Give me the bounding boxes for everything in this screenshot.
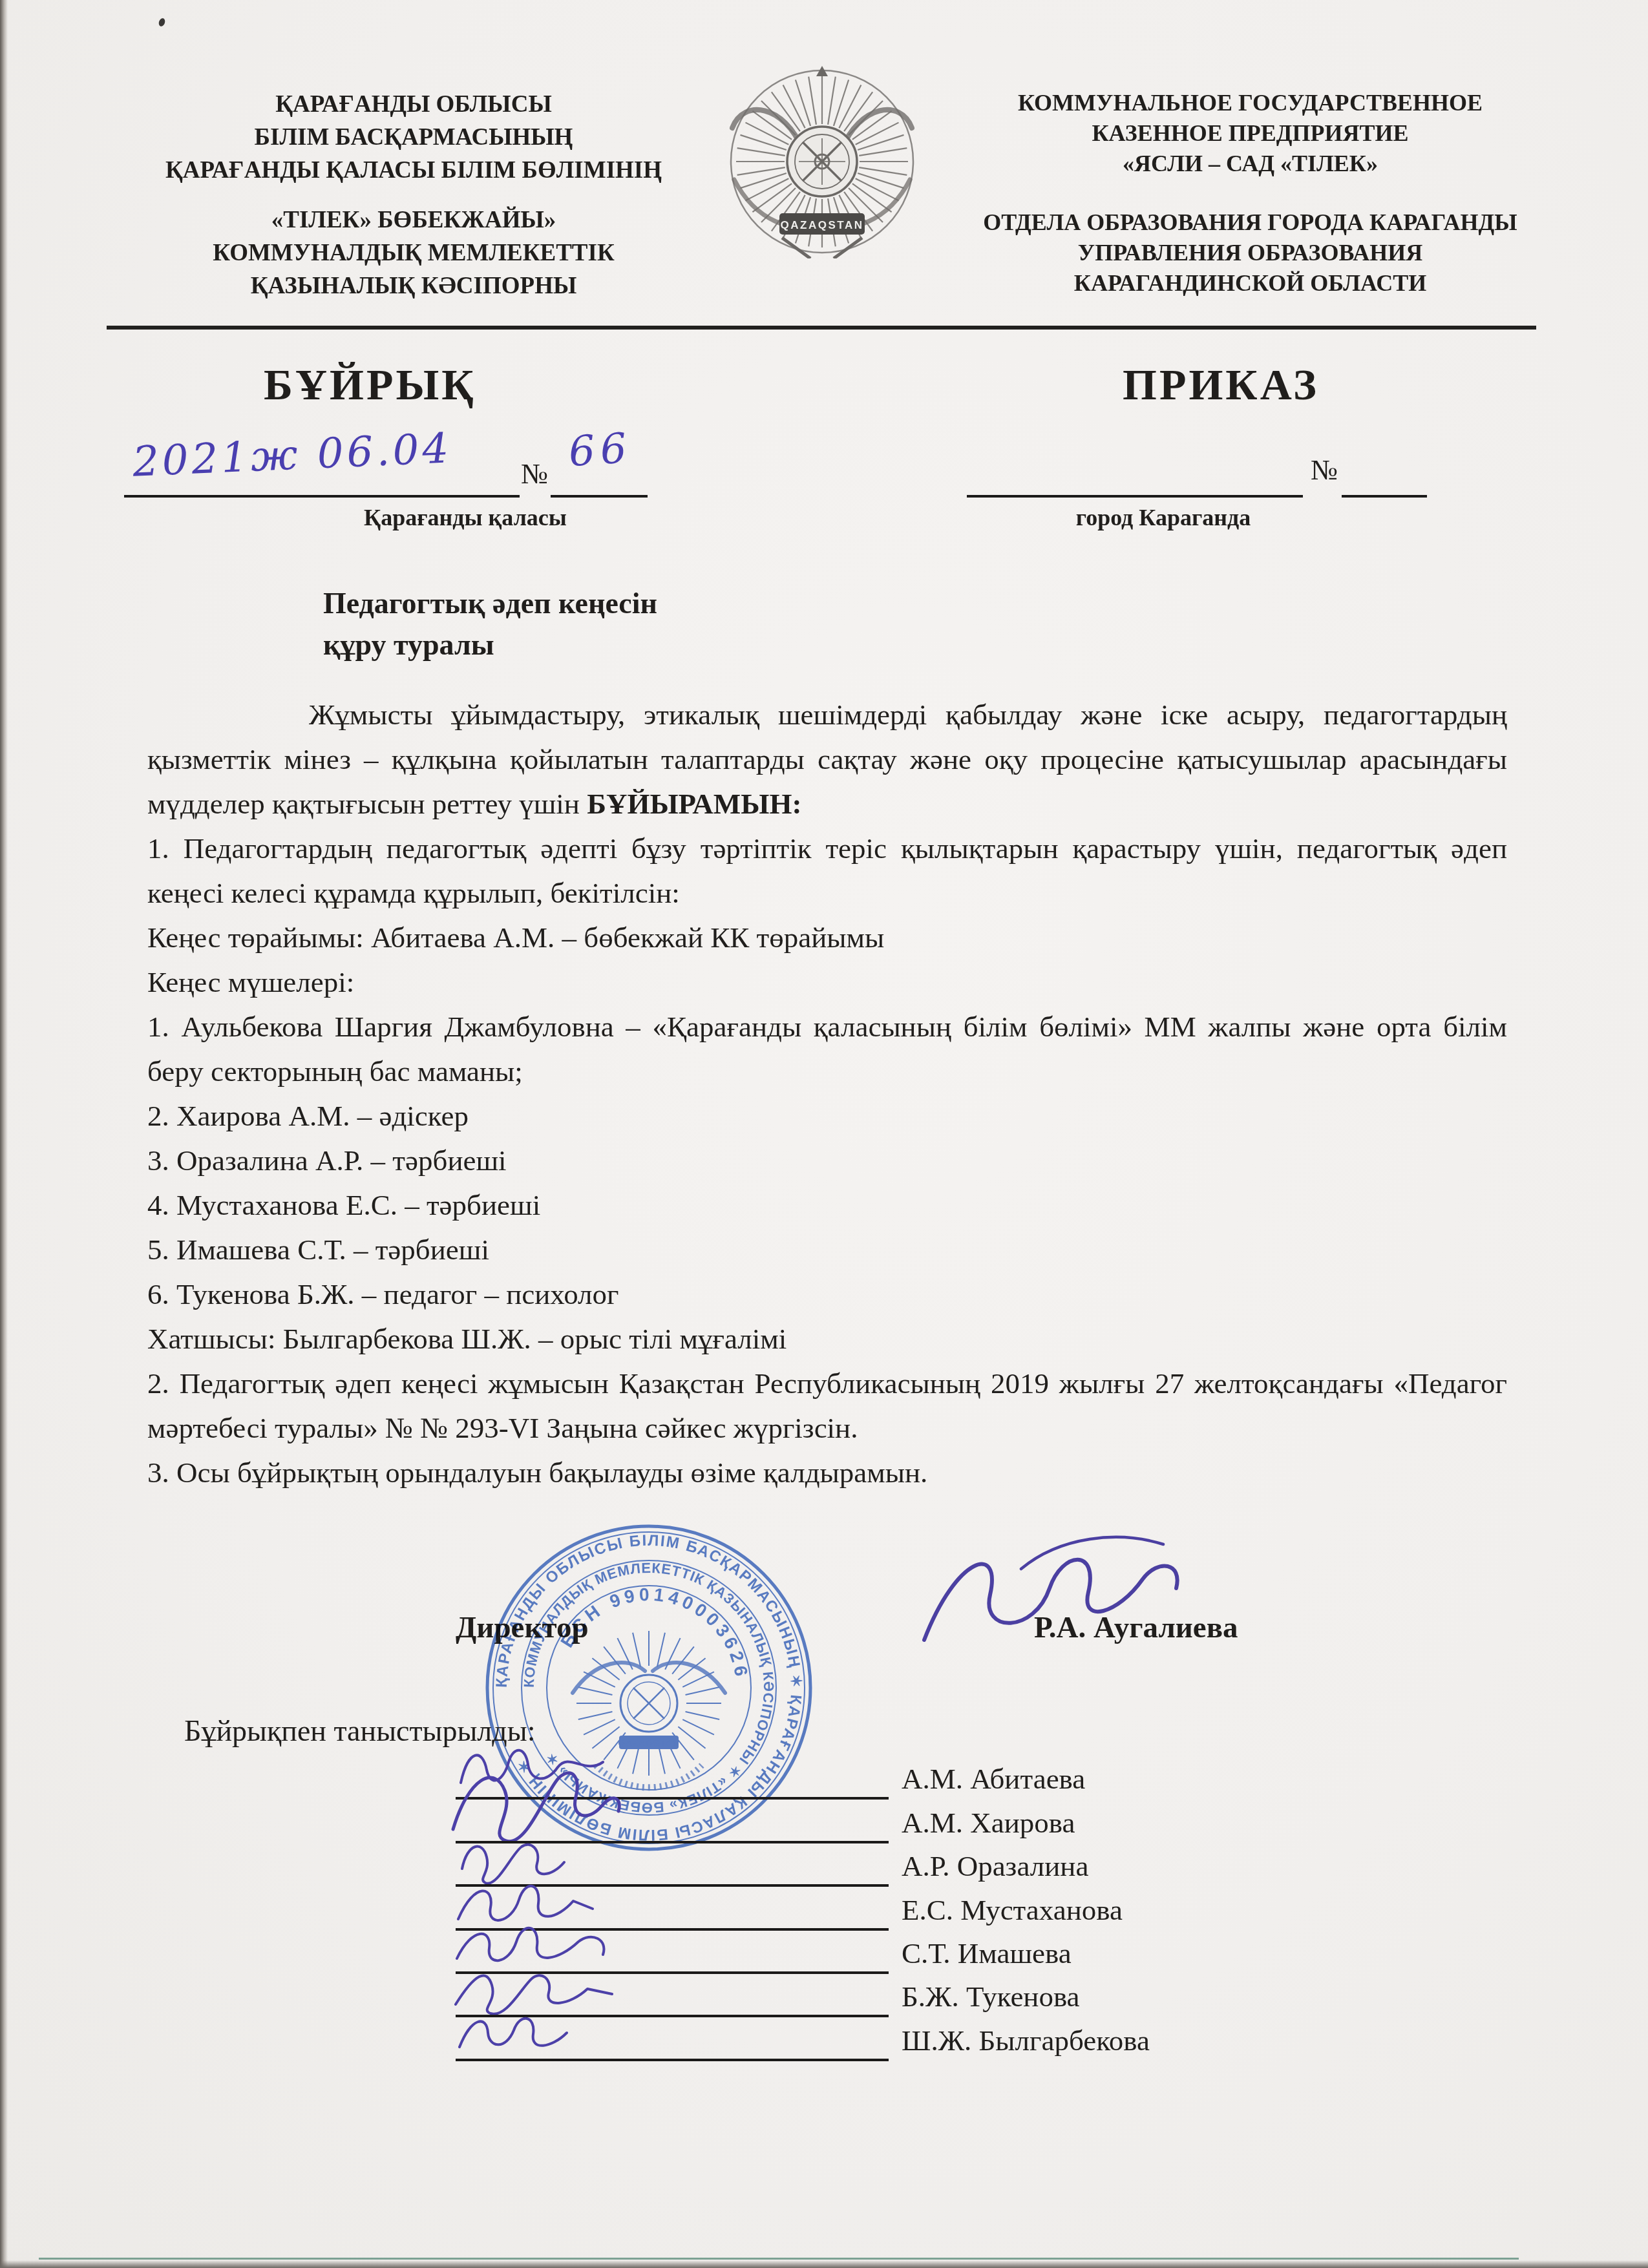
scanned-order-document: ҚАРАҒАНДЫ ОБЛЫСЫ БІЛІМ БАСҚАРМАСЫНЫҢ ҚАР… bbox=[0, 0, 1648, 2268]
org-kk-line: «ТІЛЕК» БӨБЕКЖАЙЫ» bbox=[129, 204, 698, 236]
body-paragraph: 6. Тукенова Б.Ж. – педагог – психолог bbox=[147, 1272, 1507, 1317]
org-ru-line: КОММУНАЛЬНОЕ ГОСУДАРСТВЕННОЕ bbox=[938, 88, 1562, 118]
place-kazakh: Қарағанды қаласы bbox=[271, 504, 659, 531]
body-paragraph: 5. Имашева С.Т. – тәрбиеші bbox=[147, 1228, 1507, 1272]
order-subject: Педагогтық әдеп кеңесін құру туралы bbox=[323, 583, 657, 666]
body-paragraph: Кеңес мүшелері: bbox=[147, 960, 1507, 1005]
number-blank-line-right bbox=[1342, 495, 1427, 498]
director-name: Р.А. Аугалиева bbox=[1034, 1610, 1238, 1645]
subject-line: Педагогтық әдеп кеңесін bbox=[323, 583, 657, 624]
scan-artifact-line bbox=[39, 2258, 1519, 2260]
number-sign-right: № bbox=[1311, 454, 1338, 487]
scan-speck bbox=[158, 17, 166, 27]
signature-scribble bbox=[460, 2019, 567, 2047]
acquainted-name: А.М. Абитаева bbox=[902, 1762, 1085, 1796]
org-kk-line: ҚАЗЫНАЛЫҚ КӘСІПОРНЫ bbox=[129, 269, 698, 302]
intro-text: Жұмысты ұйымдастыру, этикалық шешімдерді… bbox=[147, 698, 1507, 820]
handwritten-date: 2021ж 06.04 bbox=[132, 425, 453, 486]
org-kk-line: ҚАРАҒАНДЫ ҚАЛАСЫ БІЛІМ БӨЛІМІНІҢ bbox=[129, 154, 698, 187]
org-kk-line: ҚАРАҒАНДЫ ОБЛЫСЫ bbox=[129, 88, 698, 121]
org-ru-line: КАРАГАНДИНСКОЙ ОБЛАСТИ bbox=[938, 268, 1562, 299]
org-ru-line: УПРАВЛЕНИЯ ОБРАЗОВАНИЯ bbox=[938, 238, 1562, 268]
order-body: Жұмысты ұйымдастыру, этикалық шешімдерді… bbox=[147, 693, 1507, 1495]
org-name-russian: КОММУНАЛЬНОЕ ГОСУДАРСТВЕННОЕ КАЗЕННОЕ ПР… bbox=[938, 88, 1562, 299]
handwritten-order-number: 66 bbox=[567, 425, 633, 477]
body-paragraph: Хатшысы: Былгарбекова Ш.Ж. – орыс тілі м… bbox=[147, 1317, 1507, 1361]
scan-edge-bottom bbox=[0, 2260, 1648, 2268]
order-title-kazakh: БҰЙРЫҚ bbox=[264, 359, 476, 410]
kazakhstan-emblem-icon: QAZAQSTAN bbox=[725, 65, 919, 258]
director-signature bbox=[905, 1517, 1267, 1672]
body-paragraph: 4. Мустаханова Е.С. – тәрбиеші bbox=[147, 1183, 1507, 1228]
intro-directive-word: БҰЙЫРАМЫН: bbox=[587, 788, 801, 820]
body-paragraph: 1. Аульбекова Шаргия Джамбуловна – «Қара… bbox=[147, 1005, 1507, 1094]
date-blank-line bbox=[124, 495, 520, 498]
org-ru-line: ОТДЕЛА ОБРАЗОВАНИЯ ГОРОДА КАРАГАНДЫ bbox=[938, 207, 1562, 238]
signature-line bbox=[456, 2059, 889, 2061]
order-title-russian: ПРИКАЗ bbox=[1123, 359, 1319, 410]
acquainted-name: Б.Ж. Тукенова bbox=[902, 1980, 1080, 2013]
number-blank-line-left bbox=[551, 495, 648, 498]
subject-line: құру туралы bbox=[323, 624, 657, 666]
body-paragraph: 3. Оразалина А.Р. – тәрбиеші bbox=[147, 1139, 1507, 1183]
acquainted-name: Е.С. Мустаханова bbox=[902, 1893, 1123, 1927]
acquainted-row: Ш.Ж. Былгарбекова bbox=[456, 2022, 1490, 2061]
body-paragraph: 2. Педагогтық әдеп кеңесі жұмысын Қазақс… bbox=[147, 1361, 1507, 1451]
intro-paragraph: Жұмысты ұйымдастыру, этикалық шешімдерді… bbox=[147, 693, 1507, 826]
acquainted-name: С.Т. Имашева bbox=[902, 1937, 1072, 1970]
org-kk-line: КОММУНАЛДЫҚ МЕМЛЕКЕТТІК bbox=[129, 236, 698, 269]
date-blank-line-right bbox=[967, 495, 1303, 498]
acquainted-name: А.Р. Оразалина bbox=[902, 1849, 1088, 1883]
body-paragraph: Кеңес төрайымы: Абитаева А.М. – бөбекжай… bbox=[147, 916, 1507, 960]
scan-edge-left bbox=[0, 0, 8, 2268]
acquainted-name: А.М. Хаирова bbox=[902, 1806, 1075, 1840]
emblem-banner-text: QAZAQSTAN bbox=[781, 219, 864, 231]
org-ru-line: КАЗЕННОЕ ПРЕДПРИЯТИЕ bbox=[938, 118, 1562, 149]
org-name-kazakh: ҚАРАҒАНДЫ ОБЛЫСЫ БІЛІМ БАСҚАРМАСЫНЫҢ ҚАР… bbox=[129, 88, 698, 302]
body-paragraph: 2. Хаирова А.М. – әдіскер bbox=[147, 1094, 1507, 1139]
number-sign-left: № bbox=[521, 457, 548, 490]
org-ru-line: «ЯСЛИ – САД «ТІЛЕК» bbox=[938, 149, 1562, 179]
place-russian: город Караганда bbox=[969, 504, 1357, 531]
body-paragraph: 3. Осы бұйрықтың орындалуын бақылауды өз… bbox=[147, 1451, 1507, 1495]
acquainted-name: Ш.Ж. Былгарбекова bbox=[902, 2024, 1150, 2057]
org-kk-line: БІЛІМ БАСҚАРМАСЫНЫҢ bbox=[129, 121, 698, 154]
body-paragraph: 1. Педагогтардың педагогтық әдепті бұзу … bbox=[147, 826, 1507, 916]
header-divider bbox=[107, 326, 1536, 330]
